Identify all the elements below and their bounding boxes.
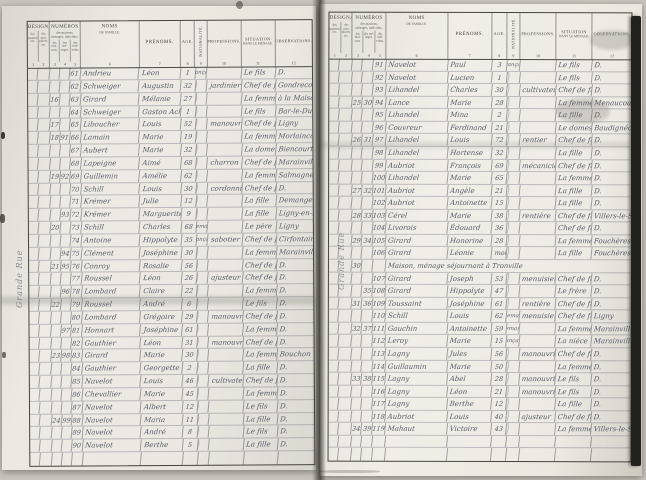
- cell-m1: [351, 335, 363, 347]
- cell-nom: Lagny: [385, 385, 448, 397]
- cell-nat: [197, 375, 210, 387]
- cell-pre: Antoinette: [447, 323, 492, 335]
- cell-sit: Chef de famille: [242, 156, 277, 168]
- cell-obs: D.: [592, 59, 631, 71]
- cell-sit: La domestique: [241, 143, 276, 155]
- cell-nat: [197, 452, 210, 465]
- cell-m1: [50, 183, 61, 195]
- cell-pre: Paul: [447, 59, 492, 71]
- cell-sit: La femme: [556, 235, 593, 247]
- cell-pre: Julie: [140, 195, 182, 207]
- cell-pre: Hippolyte: [140, 234, 182, 246]
- cell-prof: [519, 423, 556, 435]
- cell-d2: [39, 440, 52, 452]
- cell-n: 100: [372, 172, 386, 184]
- cell-sit: Chef de famille: [242, 259, 277, 271]
- cell-d2: [39, 337, 52, 349]
- cell-prof: [520, 109, 557, 121]
- cell-n: 107: [372, 272, 386, 284]
- cell-nat: [197, 413, 210, 425]
- cell-obs: D.: [592, 172, 631, 184]
- col-header-professions: PROFESSIONS. 10: [207, 21, 241, 67]
- cell-nom: Lombard: [82, 311, 141, 323]
- cell-sit: [243, 452, 278, 465]
- cell-pre: Albert: [141, 401, 183, 413]
- register-row: 100LihandelMarie65La femmeD.: [329, 172, 631, 185]
- cell-nat: [197, 401, 210, 413]
- table-body: 91NavelotPaul3FrançaisLe filsD.92Navelot…: [329, 59, 632, 462]
- cell-d2: [39, 402, 52, 414]
- cell-nat: [195, 105, 208, 117]
- register-row: 99AubriotFrançois69mécanicienChef de fam…: [329, 159, 631, 172]
- cell-obs: D.: [276, 259, 313, 271]
- cell-age: 21: [491, 185, 508, 197]
- cell-nom: Mahaut: [385, 423, 448, 435]
- cell-prof: manouvrier: [207, 118, 242, 130]
- cell-obs: Salmagne: [276, 169, 313, 181]
- cell-prof: [519, 449, 556, 462]
- cell-prof: [519, 185, 556, 197]
- col-group-numeros: NUMÉROS des maisons, ménages, individus.…: [353, 13, 387, 59]
- cell-d2: [39, 389, 52, 401]
- cell-prof: [209, 323, 244, 335]
- cell-age: 65: [491, 172, 508, 184]
- cell-sit: La femme: [243, 349, 278, 361]
- cell-sit: Le père: [242, 220, 277, 232]
- cell-nom: Girard: [81, 93, 140, 105]
- cell-prof: [520, 147, 557, 159]
- cell-sit: Chef de famille: [555, 348, 592, 360]
- cell-prof: cultivateur: [209, 375, 244, 387]
- cell-obs: D.: [592, 109, 631, 121]
- cell-m1: [352, 172, 364, 184]
- cell-pre: Léon: [139, 67, 181, 79]
- cell-pre: Marie: [447, 210, 492, 222]
- cell-d2: [38, 260, 51, 272]
- cell-sit: La femme: [243, 323, 278, 335]
- cell-pre: Léonie: [447, 247, 492, 259]
- cell-nat: [195, 131, 208, 143]
- cell-nom: Navelot: [83, 401, 142, 413]
- cell-pre: Charles: [140, 221, 182, 233]
- cell-n: 98: [372, 147, 386, 159]
- cell-pre: Claire: [140, 285, 182, 297]
- cell-nat: Français: [196, 234, 209, 246]
- cell-nom: Honnart: [82, 324, 141, 336]
- cell-sit: La fille: [243, 362, 278, 374]
- col-header-age: AGE. 8: [492, 13, 508, 59]
- cell-sit: La fille: [243, 413, 278, 425]
- cell-prof: rentière: [519, 298, 556, 310]
- cell-age: 47: [491, 285, 508, 297]
- cell-n: 119: [372, 423, 386, 435]
- col-header-prenoms: PRÉNOMS. 7: [139, 21, 181, 67]
- cell-obs: D.: [591, 348, 630, 360]
- cell-prof: [208, 195, 243, 207]
- cell-age: 28: [491, 235, 508, 247]
- cell-nom: Schill: [82, 221, 141, 233]
- cell-nat: [506, 386, 520, 398]
- register-row: 118AubriotLouis40ajusteurChef de famille…: [329, 410, 631, 423]
- col-header-observations: OBSERVATIONS. 12: [593, 13, 632, 59]
- cell-obs: Bouchon: [277, 349, 314, 361]
- census-table-right: DÉSIGNATION des quartiers, etc. des rues…: [328, 12, 633, 463]
- cell-prof: [519, 361, 556, 373]
- cell-d2: [39, 312, 52, 324]
- cell-n: 94: [373, 96, 387, 108]
- col-header-prenoms: PRÉNOMS. 7: [448, 13, 492, 59]
- cell-obs: D.: [592, 160, 631, 172]
- cell-sit: La femme: [555, 423, 592, 435]
- register-row: 116LagnyLéon21manouvrierLe filsD.: [329, 385, 631, 398]
- cell-obs: D.: [592, 298, 631, 310]
- cell-nom: Aubriot: [385, 159, 448, 171]
- cell-obs: D.: [277, 400, 314, 412]
- cell-nom: [385, 436, 448, 448]
- col-header-situation: SITUATION DANS LE MÉNAGE. 11: [557, 13, 593, 59]
- cell-sit: Chef de famille: [556, 160, 593, 172]
- cell-nom: Lihandel: [385, 109, 448, 121]
- cell-nom: Roussel: [82, 273, 141, 285]
- cell-d2: [38, 286, 51, 298]
- register-row: 3237111GauchinAntoinette59AllemandeLa fe…: [329, 322, 631, 335]
- cell-m1: [351, 310, 363, 322]
- cell-prof: [519, 323, 556, 335]
- cell-prof: [520, 59, 557, 71]
- cell-prof: [520, 72, 557, 84]
- cell-sit: La femme: [241, 131, 276, 143]
- cell-age: 12: [491, 398, 508, 410]
- cell-obs: D.: [591, 386, 630, 398]
- cell-prof: sabotier: [208, 233, 243, 245]
- cell-pre: Berthe: [447, 398, 492, 410]
- cell-prof: [519, 235, 556, 247]
- left-page-scan: Grande Rue DÉSIGNATION des quartiers, et…: [2, 6, 316, 470]
- cell-nom: Aubriot: [385, 197, 448, 209]
- cell-prof: [519, 248, 556, 260]
- cell-nat: [195, 80, 208, 92]
- cell-sit: Chef de famille: [555, 298, 592, 310]
- cell-prof: [209, 362, 244, 374]
- cell-age: 1: [491, 72, 508, 84]
- cell-prof: manouvrier: [519, 348, 556, 360]
- cell-nom: Lihandel: [385, 84, 448, 96]
- col-header-professions: PROFESSIONS. 10: [520, 13, 556, 59]
- cell-m1: 32: [351, 323, 363, 335]
- cell-age: 50: [491, 361, 508, 373]
- cell-nat: [506, 411, 520, 423]
- cell-pre: Georgette: [141, 362, 183, 374]
- cell-prof: [207, 105, 242, 117]
- col-header-numeros: NUMÉROS: [49, 22, 80, 31]
- cell-d2: [38, 170, 51, 182]
- cell-sit: Le frère: [555, 285, 592, 297]
- cell-age: 36: [491, 222, 508, 234]
- cell-obs: Menaucourt: [592, 97, 631, 109]
- cell-pre: Louis: [447, 411, 492, 423]
- cell-prof: [208, 169, 243, 181]
- cell-d2: [38, 183, 51, 195]
- cell-pre: Rosalie: [140, 260, 182, 272]
- cell-pre: Marie: [447, 360, 492, 372]
- page-edge-black-band: [631, 16, 641, 466]
- cell-sit: Le fils: [242, 297, 277, 309]
- register-row: 263197LihandelLouis72rentierChef de fami…: [329, 134, 631, 147]
- cell-m1: 25: [352, 96, 364, 108]
- cell-nom: Gauthier: [83, 362, 142, 374]
- cell-pre: Amélie: [140, 170, 182, 182]
- cell-nom: Lihandel: [385, 172, 448, 184]
- cell-age: 72: [491, 134, 508, 146]
- cell-pre: Mina: [447, 109, 492, 121]
- cell-obs: D.: [591, 411, 630, 423]
- cell-nat: Français: [195, 67, 208, 79]
- cell-nom: Girard: [82, 350, 141, 362]
- cell-sit: [555, 436, 592, 448]
- cell-prof: [519, 222, 556, 234]
- cell-prof: [209, 426, 244, 438]
- cell-nat: [196, 182, 209, 194]
- cell-pre: Louis: [139, 118, 181, 130]
- cell-nom: Couvreur: [385, 122, 448, 134]
- cell-obs: Fouchères: [592, 248, 631, 260]
- cell-prof: [519, 436, 556, 448]
- cell-sit: Le domestique: [556, 122, 593, 134]
- cell-nom: Lombard: [82, 285, 141, 297]
- cell-prof: menuisier: [519, 310, 556, 322]
- cell-d2: [37, 119, 50, 131]
- cell-pre: [447, 448, 492, 461]
- subcol-maisons: des mai- sons.: [50, 39, 60, 61]
- cell-sit: Le fils: [556, 59, 593, 71]
- cell-nom: Clément: [82, 247, 141, 259]
- cell-m1: [352, 159, 364, 171]
- cell-sit: La femme: [555, 361, 592, 373]
- cell-age: 21: [491, 122, 508, 134]
- cell-nom: Toussaint: [385, 297, 448, 309]
- cell-nat: Allemand: [196, 221, 209, 233]
- cell-age: [490, 448, 507, 461]
- cell-n: 96: [372, 122, 386, 134]
- cell-pre: Lucien: [447, 71, 492, 83]
- register-row: 95LihandelMina2La filleD.: [329, 109, 631, 122]
- cell-m1: [352, 147, 364, 159]
- cell-d2: [39, 324, 52, 336]
- cell-nat: [196, 247, 209, 259]
- cell-nom: Andrieu: [81, 67, 140, 79]
- cell-age: 56: [491, 348, 508, 360]
- cell-m1: 16: [49, 93, 60, 105]
- cell-obs: D.: [277, 323, 314, 335]
- cell-pre: François: [447, 159, 492, 171]
- cell-n: 114: [372, 360, 386, 372]
- cell-age: 40: [491, 411, 508, 423]
- col-header-designation: DÉSIGNATION: [28, 22, 49, 31]
- cell-nom: Lagny: [385, 398, 448, 410]
- cell-obs: Marainville: [275, 156, 312, 168]
- table-header: DÉSIGNATION des quartiers, etc. des rues…: [28, 20, 312, 69]
- cell-nom: Gauchin: [385, 323, 448, 335]
- cell-nom: Navelot: [83, 375, 142, 387]
- cell-n: 91: [373, 59, 387, 71]
- cell-sit: La femme: [242, 246, 277, 258]
- cell-m1: 21: [50, 260, 61, 272]
- cell-sit: La fille: [556, 197, 593, 209]
- cell-prof: jardinier: [207, 79, 242, 91]
- cell-nom: Livorois: [385, 222, 448, 234]
- cell-obs: D.: [277, 361, 314, 373]
- cell-sit: Chef de famille: [555, 411, 592, 423]
- cell-obs: D.: [277, 374, 314, 386]
- cell-prof: [208, 208, 243, 220]
- cell-prof: [209, 388, 244, 400]
- cell-d2: [38, 196, 51, 208]
- cell-m1: [352, 71, 364, 83]
- cell-n: 106: [372, 247, 386, 259]
- cell-nom: [83, 452, 143, 465]
- cell-sit: Chef de famille: [242, 272, 277, 284]
- cell-n: 111: [372, 323, 386, 335]
- cell-obs: D.: [592, 147, 631, 159]
- cell-nom: Girard: [385, 272, 448, 284]
- cell-nat: [507, 160, 521, 172]
- cell-nom: Antoine: [82, 234, 141, 246]
- cell-n: 112: [372, 335, 386, 347]
- cell-m1: [351, 398, 363, 410]
- cell-prof: [207, 144, 242, 156]
- cell-nom: Schill: [81, 183, 140, 195]
- cell-nat: [195, 169, 208, 181]
- cell-pre: Joséphine: [447, 298, 492, 310]
- book-spine-shadow: [312, 0, 326, 480]
- subcol-rues: des rues, places, etc.: [38, 30, 49, 61]
- cell-d2: [38, 235, 51, 247]
- cell-pre: Antoinette: [447, 197, 492, 209]
- cell-prof: ajusteur: [519, 411, 556, 423]
- cell-sit: [555, 449, 592, 462]
- cell-obs: D.: [591, 398, 630, 410]
- register-row: 110SchillLouis62AllemandmenuisierChef de…: [329, 310, 631, 323]
- col-header-observations: OBSERVATIONS. 12: [275, 20, 312, 66]
- cell-d2: [37, 132, 50, 144]
- cell-nom: Aubriot: [385, 184, 448, 196]
- cell-sit: Chef de famille: [555, 310, 592, 322]
- cell-sit: La fille: [556, 147, 593, 159]
- cell-obs: D.: [592, 223, 631, 235]
- cell-d2: [38, 158, 51, 170]
- cell-n: 102: [372, 197, 386, 209]
- col-header-noms: NOMSDE FAMILLE. 6: [386, 13, 448, 59]
- register-row: [30, 451, 314, 466]
- cell-obs: D.: [277, 426, 314, 438]
- cell-age: 21: [491, 386, 508, 398]
- cell-sit: Le fils: [555, 386, 592, 398]
- register-row: [329, 448, 631, 461]
- cell-m1: [351, 436, 363, 448]
- cell-nat: [196, 259, 209, 271]
- cell-pre: [141, 452, 184, 465]
- cell-n: 115: [372, 373, 386, 385]
- cell-obs: D.: [276, 272, 313, 284]
- cell-obs: Ligny: [276, 220, 313, 232]
- cell-nom: Schill: [385, 310, 448, 322]
- cell-sit: Chef de famille: [242, 233, 277, 245]
- cell-nom: Lapeigne: [81, 157, 140, 169]
- cell-m1: [50, 247, 61, 259]
- cell-sit: Le fils: [243, 426, 278, 438]
- cell-n: [372, 448, 386, 461]
- cell-sit: Chef de famille: [241, 118, 276, 130]
- cell-pre: Hortense: [447, 147, 492, 159]
- cell-sit: La femme: [242, 285, 277, 297]
- cell-nom: Navelot: [83, 414, 142, 426]
- cell-obs: D.: [276, 284, 313, 296]
- cell-prof: [207, 92, 242, 104]
- right-page-scan: Grande Rue DÉSIGNATION des quartiers, et…: [320, 4, 642, 476]
- cell-pre: Joséphine: [140, 247, 182, 259]
- cell-age: 2: [491, 109, 508, 121]
- cell-nom: Girard: [385, 247, 448, 259]
- cell-nom: Lamain: [81, 131, 140, 143]
- col-header-situation: SITUATION DANS LE MÉNAGE. 11: [241, 20, 275, 66]
- cell-nom: Krémer: [82, 196, 141, 208]
- cell-obs: D.: [591, 373, 630, 385]
- cell-pre: Maria: [141, 414, 183, 426]
- cell-sit: La femme: [556, 97, 593, 109]
- cell-obs: Ligny-en-Barrois: [276, 207, 313, 219]
- cell-obs: Morlaincourt: [275, 130, 312, 142]
- cell-prof: [208, 221, 243, 233]
- cell-obs: D.: [277, 387, 314, 399]
- cell-n: 109: [372, 297, 386, 309]
- cell-obs: D.: [592, 197, 631, 209]
- cell-m1: [351, 385, 363, 397]
- cell-d2: [38, 273, 51, 285]
- cell-nom: Cérel: [385, 210, 448, 222]
- scan-speck: [0, 214, 5, 223]
- cell-d2: [39, 363, 52, 375]
- cell-pre: Ferdinand: [447, 122, 492, 134]
- cell-prof: [209, 439, 244, 451]
- cell-pre: André: [140, 298, 182, 310]
- cell-obs: [591, 436, 630, 448]
- cell-nom: Conroy: [82, 260, 141, 272]
- cell-prof: [207, 67, 242, 79]
- cell-age: 32: [491, 147, 508, 159]
- cell-n: [372, 436, 386, 448]
- cell-prof: manouvrier: [209, 336, 244, 348]
- cell-obs: D.: [276, 182, 313, 194]
- scan-speck: [320, 470, 380, 473]
- cell-age: 59: [491, 323, 508, 335]
- cell-obs: Marainville: [591, 323, 630, 335]
- cell-prof: rentière: [519, 210, 556, 222]
- cell-pre: Marie: [140, 144, 182, 156]
- cell-n: 93: [373, 84, 387, 96]
- scan-speck: [236, 1, 243, 9]
- census-register-scan: Grande Rue DÉSIGNATION des quartiers, et…: [0, 0, 646, 480]
- cell-nat: [197, 426, 210, 438]
- cell-prof: [520, 97, 557, 109]
- col-header-designation: DÉSIGNATION: [329, 13, 351, 22]
- register-row: 96CouvreurFerdinand21Le domestiqueBaudig…: [329, 121, 631, 134]
- cell-pre: Joseph: [447, 272, 492, 284]
- cell-m1: [351, 285, 363, 297]
- cell-age: 53: [491, 273, 508, 285]
- cell-sit: Le fils: [243, 400, 278, 412]
- cell-nom: Lagny: [385, 373, 448, 385]
- cell-prof: [208, 298, 243, 310]
